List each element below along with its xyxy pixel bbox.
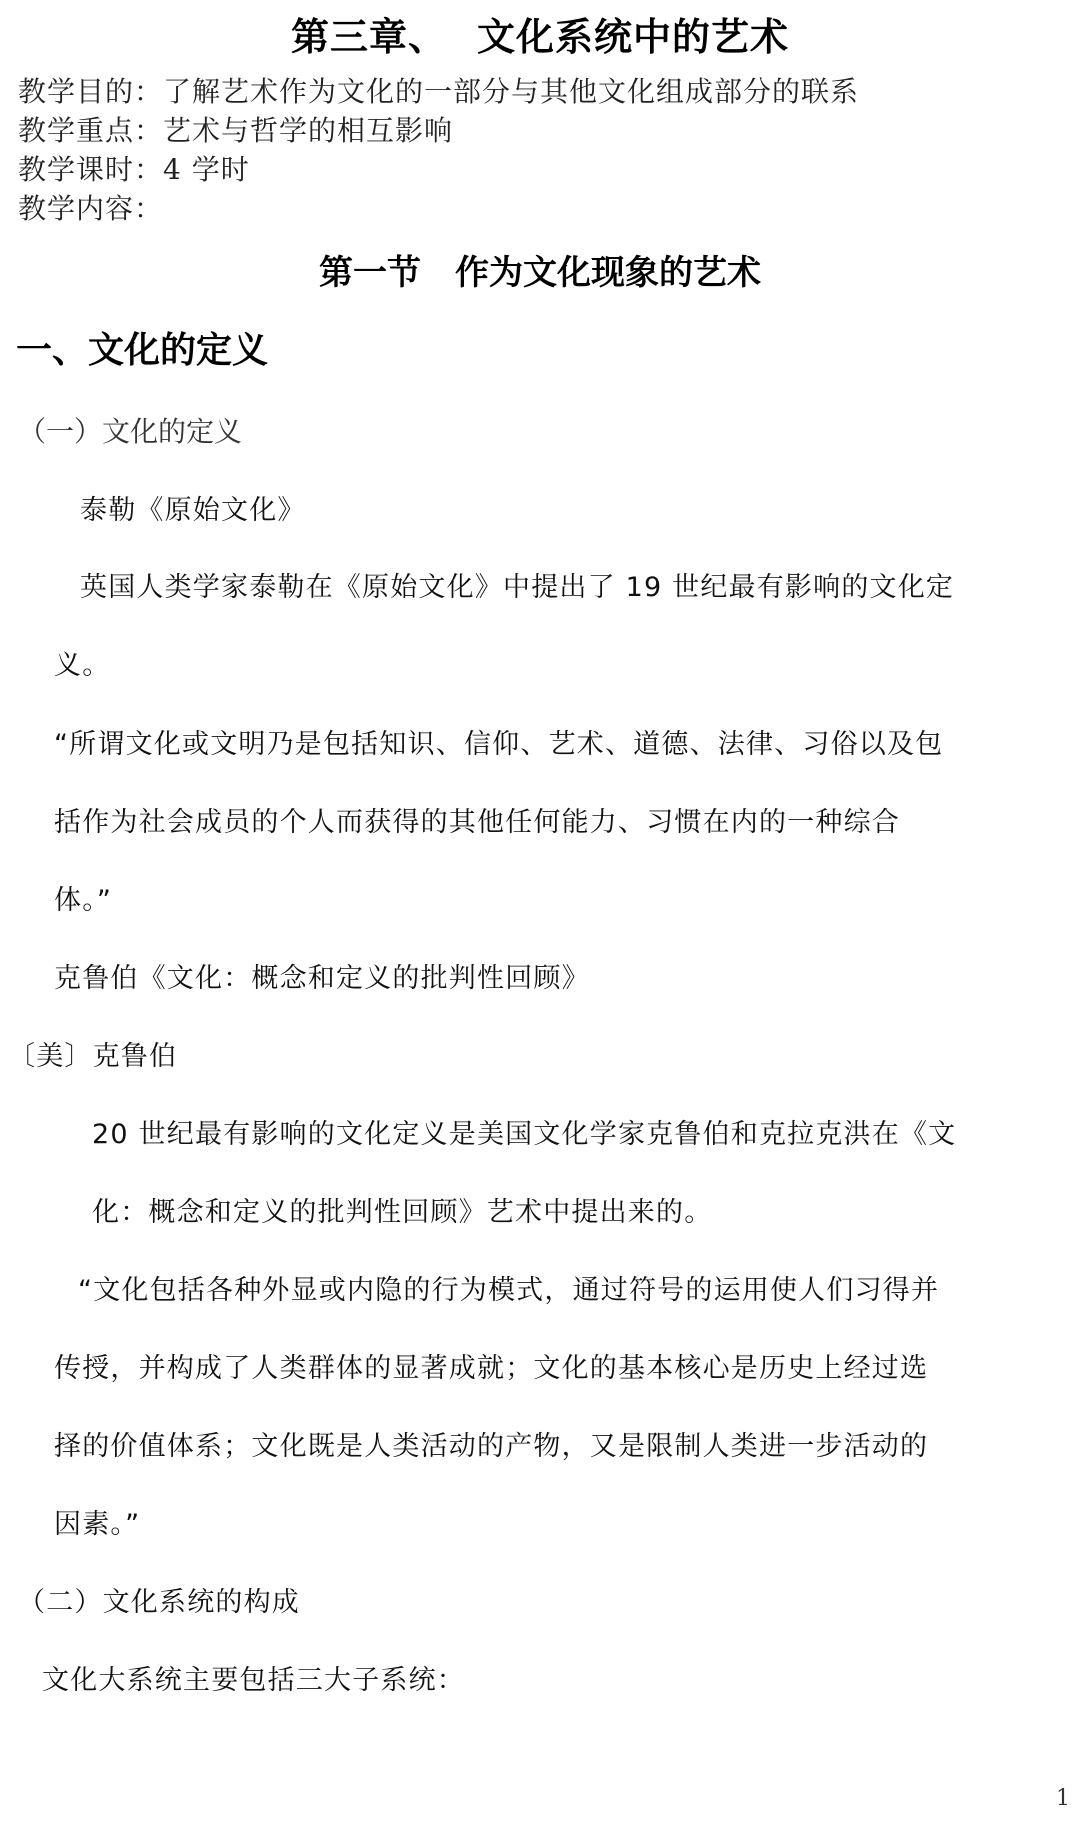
kroeber-intro-line-1: 20 世纪最有影响的文化定义是美国文化学家克鲁伯和克拉克洪在《文 [92, 1112, 956, 1151]
chapter-number: 第三章、 [291, 15, 447, 59]
meta-label: 教学课时： [18, 153, 163, 186]
chapter-name: 文化系统中的艺术 [477, 15, 789, 59]
subsection-heading-1: （一）文化的定义 [18, 410, 242, 450]
kroeber-quote-line-3: 择的价值体系；文化既是人类活动的产物，又是限制人类进一步活动的 [54, 1424, 928, 1463]
kroeber-source: 克鲁伯《文化：概念和定义的批判性回顾》 [54, 956, 590, 995]
kroeber-quote-line-1: “文化包括各种外显或内隐的行为模式，通过符号的运用使人们习得并 [78, 1268, 939, 1307]
tylor-quote-line-2: 括作为社会成员的个人而获得的其他任何能力、习惯在内的一种综合 [54, 800, 900, 839]
meta-value: 艺术与哲学的相互影响 [163, 114, 453, 147]
section-name: 作为文化现象的艺术 [455, 253, 761, 293]
meta-teaching-focus: 教学重点：艺术与哲学的相互影响 [18, 109, 453, 149]
page-number: 1 [1056, 1786, 1070, 1811]
meta-label: 教学重点： [18, 114, 163, 147]
meta-value: 了解艺术作为文化的一部分与其他文化组成部分的联系 [163, 75, 859, 108]
tylor-source: 泰勒《原始文化》 [80, 488, 306, 527]
tylor-intro-line-2: 义。 [54, 643, 110, 682]
kroeber-quote-line-4: 因素。” [54, 1502, 140, 1541]
section-title: 第一节作为文化现象的艺术 [0, 245, 1080, 294]
meta-value: 4 学时 [163, 153, 250, 186]
meta-teaching-goal: 教学目的：了解艺术作为文化的一部分与其他文化组成部分的联系 [18, 70, 859, 110]
meta-label: 教学内容： [18, 192, 163, 225]
kroeber-author: 〔美〕克鲁伯 [8, 1034, 177, 1073]
chapter-title: 第三章、文化系统中的艺术 [0, 6, 1080, 61]
culture-system-intro: 文化大系统主要包括三大子系统： [42, 1658, 465, 1697]
heading-culture-definition: 一、文化的定义 [16, 322, 268, 373]
meta-teaching-hours: 教学课时：4 学时 [18, 148, 250, 188]
tylor-intro-line-1: 英国人类学家泰勒在《原始文化》中提出了 19 世纪最有影响的文化定 [80, 565, 954, 604]
subsection-heading-2: （二）文化系统的构成 [18, 1580, 300, 1619]
kroeber-intro-line-2: 化：概念和定义的批判性回顾》艺术中提出来的。 [92, 1190, 712, 1229]
meta-label: 教学目的： [18, 75, 163, 108]
meta-teaching-content: 教学内容： [18, 187, 163, 227]
kroeber-quote-line-2: 传授，并构成了人类群体的显著成就；文化的基本核心是历史上经过选 [54, 1346, 928, 1385]
section-number: 第一节 [319, 253, 421, 293]
tylor-quote-line-3: 体。” [54, 878, 112, 917]
tylor-quote-line-1: “所谓文化或文明乃是包括知识、信仰、艺术、道德、法律、习俗以及包 [54, 722, 943, 761]
